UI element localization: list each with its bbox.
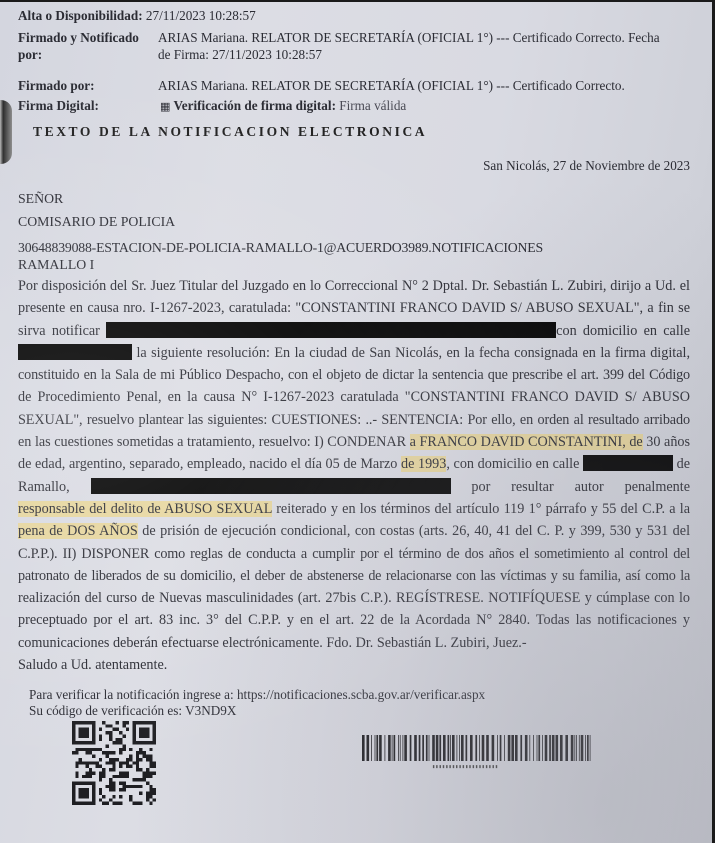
firmado-por-value: ARIAS Mariana. RELATOR DE SECRETARÍA (OF… [158, 78, 625, 94]
body-line: preceptuado por el art. 83 inc. 3° del C… [18, 609, 690, 631]
barcode-number: ▮▮▮▮▮▮▮▮▮▮▮▮▮▮▮▮▮▮▮▮ [432, 764, 498, 770]
body-line: constituido en la Sala de mi Público Des… [18, 364, 690, 386]
body-line: en las cuestiones sometidas a tratamient… [18, 431, 690, 453]
qr-code-icon [72, 719, 156, 807]
verification-code-label: Su código de verificación es: [29, 703, 182, 718]
verify-instructions: Para verificar la notificación ingrese a… [29, 687, 485, 703]
firmado-notificado-value-2: de Firma: 27/11/2023 10:28:57 [158, 47, 322, 63]
recipient-line-3: 30648839088-ESTACION-DE-POLICIA-RAMALLO-… [18, 239, 543, 256]
recipient-line-4: RAMALLO I [18, 256, 94, 273]
redacted-block [18, 344, 132, 360]
redacted-block [91, 478, 451, 494]
body-line: la siguiente resolución: En la ciudad de… [18, 342, 690, 364]
certificate-icon: ▦ [160, 101, 170, 113]
firmado-notificado-label-1: Firmado y Notificado [18, 30, 139, 46]
firma-digital-label: Firma Digital: [18, 98, 99, 114]
verification-code-row: Su código de verificación es: V3ND9X [29, 703, 236, 719]
highlighted-text: de 1993 [401, 456, 446, 472]
highlighted-text: pena de DOS AÑOS [18, 523, 138, 539]
body-line: responsable del delito de ABUSO SEXUAL r… [18, 498, 690, 520]
body-line: Ramallo, por resultar autor penalmente [18, 476, 690, 498]
alta-value: 27/11/2023 10:28:57 [146, 8, 256, 23]
recipient-line-2: COMISARIO DE POLICIA [18, 213, 175, 230]
notification-document: Alta o Disponibilidad: 27/11/2023 10:28:… [0, 2, 712, 843]
notification-body: Por disposición del Sr. Juez Titular del… [18, 275, 690, 676]
body-line: sirva notificar con domicilio en calle [18, 320, 690, 342]
body-line: comunicaciones deberán efectuarse electr… [18, 632, 690, 654]
body-line: C.P.P.). II) DISPONER como reglas de con… [18, 543, 690, 565]
recipient-line-1: SEÑOR [18, 190, 63, 207]
binder-clip-icon [0, 100, 12, 164]
alta-label: Alta o Disponibilidad: [18, 8, 143, 23]
firmado-notificado-value-1: ARIAS Mariana. RELATOR DE SECRETARÍA (OF… [158, 30, 660, 46]
firma-digital-verification: ▦ Verificación de firma digital: Firma v… [160, 98, 406, 114]
body-line: realización del curso de Nuevas masculin… [18, 587, 690, 609]
alta-row: Alta o Disponibilidad: 27/11/2023 10:28:… [18, 8, 256, 24]
body-line: presente en causa nro. I-1267-2023, cara… [18, 297, 690, 319]
firma-digital-row: Firma Digital: ▦ Verificación de firma d… [18, 98, 708, 116]
firmado-notificado-row: Firmado y Notificado por: ARIAS Mariana.… [18, 30, 708, 66]
body-line: Por disposición del Sr. Juez Titular del… [18, 275, 690, 297]
barcode-icon [362, 735, 594, 761]
body-line: SEXUAL", resuelvo plantear las siguiente… [18, 409, 690, 431]
closing-line: Saludo a Ud. atentamente. [18, 654, 690, 676]
firma-digital-verif-label: Verificación de firma digital: [173, 98, 336, 113]
firmado-notificado-label-2: por: [18, 47, 42, 63]
body-line: de Procedimiento Penal, en la causa N° I… [18, 386, 690, 408]
redacted-block [583, 455, 673, 471]
verification-code-value: V3ND9X [185, 703, 236, 718]
body-line: de edad, argentino, separado, empleado, … [18, 453, 690, 475]
document-title: TEXTO DE LA NOTIFICACION ELECTRONICA [33, 124, 427, 140]
highlighted-text: a FRANCO DAVID CONSTANTINI, de [410, 434, 643, 450]
body-line: pena de DOS AÑOS de prisión de ejecución… [18, 520, 690, 542]
firma-digital-verif-value: Firma válida [339, 98, 406, 113]
highlighted-text: responsable del delito de ABUSO SEXUAL [18, 501, 272, 517]
firmado-por-row: Firmado por: ARIAS Mariana. RELATOR DE S… [18, 78, 708, 96]
body-line: patronato de liberados de su domicilio, … [18, 565, 690, 587]
firmado-por-label: Firmado por: [18, 78, 95, 94]
redacted-block [106, 322, 556, 338]
place-date: San Nicolás, 27 de Noviembre de 2023 [483, 158, 690, 174]
